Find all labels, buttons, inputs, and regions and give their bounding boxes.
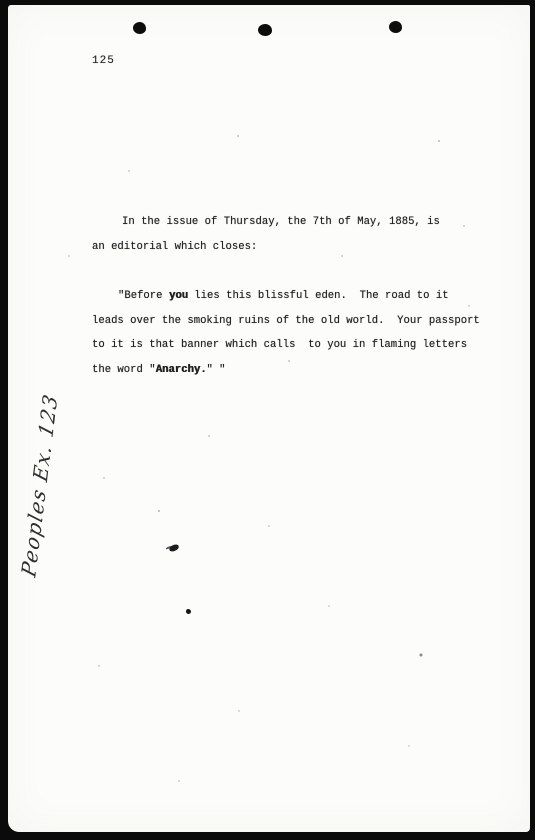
- binding-hole-mark: [389, 21, 402, 33]
- page-number: 125: [92, 55, 115, 67]
- binding-hole-mark: [258, 24, 272, 36]
- text-line: "Before you lies this blissful eden. The…: [92, 284, 502, 309]
- binding-hole-mark: [133, 22, 146, 34]
- text-line: an editorial which closes:: [92, 235, 502, 260]
- text-line: leads over the smoking ruins of the old …: [92, 309, 502, 334]
- scan-background: { "colors": { "background": "#0b0b0b", "…: [0, 0, 535, 840]
- text-segment: the word ": [92, 364, 156, 376]
- text-segment: lies this blissful eden. The road to it: [188, 290, 449, 302]
- text-segment: " ": [206, 364, 225, 376]
- paper-specks: [8, 5, 10, 7]
- intro-paragraph: In the issue of Thursday, the 7th of May…: [92, 210, 502, 259]
- quoted-editorial-paragraph: "Before you lies this blissful eden. The…: [92, 284, 502, 382]
- handwritten-margin-note: Peoples Ex. 123: [17, 390, 61, 579]
- text-line: the word "Anarchy." ": [92, 358, 502, 383]
- ink-smudge: [168, 544, 179, 553]
- text-line: to it is that banner which calls to you …: [92, 333, 502, 358]
- overstruck-word: Anarchy.: [156, 364, 207, 376]
- document-page: 125 In the issue of Thursday, the 7th of…: [8, 5, 530, 832]
- text-line: In the issue of Thursday, the 7th of May…: [92, 210, 502, 235]
- text-segment: "Before: [118, 290, 169, 302]
- typewritten-text-block: In the issue of Thursday, the 7th of May…: [92, 210, 502, 382]
- ink-dot: [186, 609, 191, 614]
- overstruck-word: you: [169, 290, 188, 302]
